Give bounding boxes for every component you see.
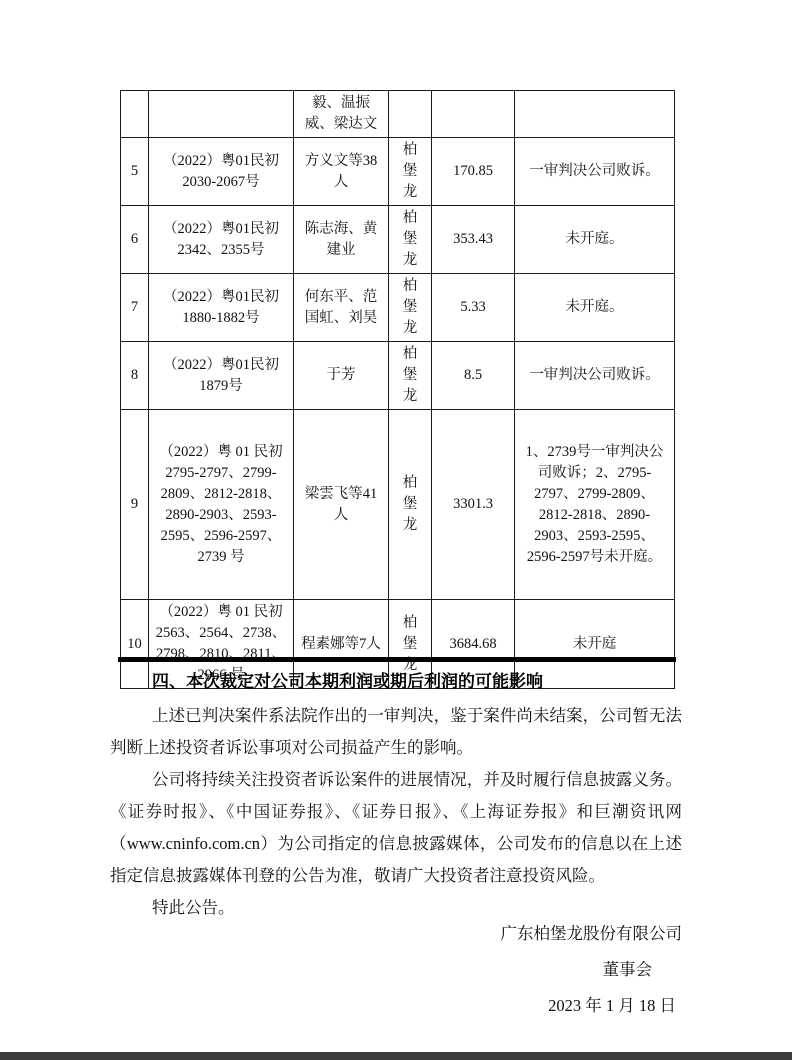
company-cell: 柏堡龙 <box>389 206 432 274</box>
no-cell: 9 <box>121 410 149 600</box>
company-cell: 柏堡龙 <box>389 138 432 206</box>
table-row-7: 7 （2022）粤01民初1880-1882号 何东平、范国虹、刘昊 柏堡龙 5… <box>121 274 675 342</box>
plaintiff-cell: 陈志海、黄建业 <box>294 206 389 274</box>
amount-cell <box>432 91 515 138</box>
paragraph-judgment-impact: 上述已判决案件系法院作出的一审判决，鉴于案件尚未结案，公司暂无法判断上述投资者诉… <box>110 700 682 764</box>
company-cell <box>389 91 432 138</box>
table-row-8: 8 （2022）粤01民初1879号 于芳 柏堡龙 8.5 一审判决公司败诉。 <box>121 342 675 410</box>
table-row-9: 9 （2022）粤 01 民初 2795-2797、2799-2809、2812… <box>121 410 675 600</box>
no-cell: 6 <box>121 206 149 274</box>
signature-block: 广东柏堡龙股份有限公司 董事会 2023 年 1 月 18 日 <box>110 916 682 1024</box>
amount-cell: 3301.3 <box>432 410 515 600</box>
status-cell: 1、2739号一审判决公司败诉；2、2795-2797、2799-2809、28… <box>515 410 675 600</box>
announcement-body: 四、本次裁定对公司本期利润或期后利润的可能影响 上述已判决案件系法院作出的一审判… <box>110 666 682 1024</box>
company-cell: 柏堡龙 <box>389 342 432 410</box>
amount-cell: 5.33 <box>432 274 515 342</box>
no-cell: 5 <box>121 138 149 206</box>
plaintiff-cell: 方义文等38人 <box>294 138 389 206</box>
amount-cell: 353.43 <box>432 206 515 274</box>
case-cell: （2022）粤01民初2342、2355号 <box>149 206 294 274</box>
status-cell: 一审判决公司败诉。 <box>515 342 675 410</box>
signature-board: 董事会 <box>110 952 652 988</box>
table-row-5: 5 （2022）粤01民初2030-2067号 方义文等38人 柏堡龙 170.… <box>121 138 675 206</box>
plaintiff-cell: 梁雲飞等41人 <box>294 410 389 600</box>
status-cell: 未开庭。 <box>515 274 675 342</box>
page-bottom-edge-bar <box>0 1052 792 1060</box>
table-row-6: 6 （2022）粤01民初2342、2355号 陈志海、黄建业 柏堡龙 353.… <box>121 206 675 274</box>
status-cell: 未开庭。 <box>515 206 675 274</box>
plaintiff-cell: 何东平、范国虹、刘昊 <box>294 274 389 342</box>
plaintiff-cell: 于芳 <box>294 342 389 410</box>
company-cell: 柏堡龙 <box>389 410 432 600</box>
amount-cell: 8.5 <box>432 342 515 410</box>
plaintiff-cell: 毅、温振威、梁达文 <box>294 91 389 138</box>
case-cell <box>149 91 294 138</box>
table-row-continuation: 毅、温振威、梁达文 <box>121 91 675 138</box>
document-page: 毅、温振威、梁达文 5 （2022）粤01民初2030-2067号 方义文等38… <box>0 0 792 1060</box>
paragraph-disclosure-media: 公司将持续关注投资者诉讼案件的进展情况，并及时履行信息披露义务。《证券时报》、《… <box>110 764 682 892</box>
section-heading: 四、本次裁定对公司本期利润或期后利润的可能影响 <box>152 666 682 698</box>
status-cell <box>515 91 675 138</box>
amount-cell: 170.85 <box>432 138 515 206</box>
case-cell: （2022）粤 01 民初 2795-2797、2799-2809、2812-2… <box>149 410 294 600</box>
lawsuit-table: 毅、温振威、梁达文 5 （2022）粤01民初2030-2067号 方义文等38… <box>120 90 675 689</box>
no-cell <box>121 91 149 138</box>
signature-date: 2023 年 1 月 18 日 <box>110 988 676 1024</box>
section-divider-rule <box>118 657 676 662</box>
case-cell: （2022）粤01民初1880-1882号 <box>149 274 294 342</box>
status-cell: 一审判决公司败诉。 <box>515 138 675 206</box>
no-cell: 7 <box>121 274 149 342</box>
case-cell: （2022）粤01民初1879号 <box>149 342 294 410</box>
no-cell: 8 <box>121 342 149 410</box>
company-cell: 柏堡龙 <box>389 274 432 342</box>
case-cell: （2022）粤01民初2030-2067号 <box>149 138 294 206</box>
